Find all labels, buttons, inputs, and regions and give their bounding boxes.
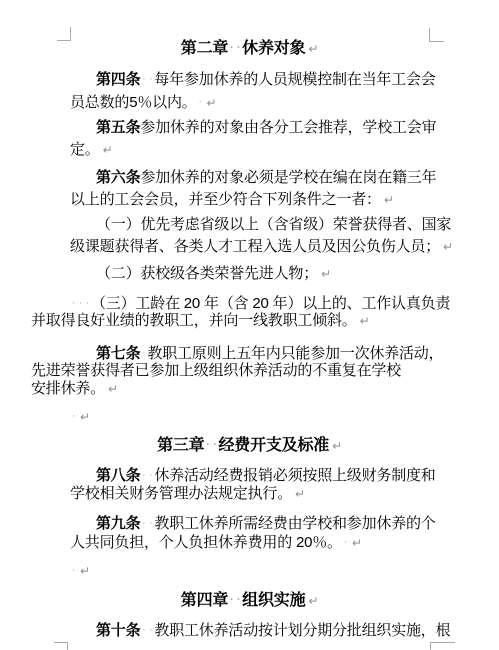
bold-text-run: 经费开支及标准 [218,437,329,454]
paragraph-mark-icon: ↵ [321,267,331,281]
text-line: 人共同负担，个人负担休养费用的 20％。·↵ [70,534,362,551]
text-run: 学校相关财务管理办法规定执行。 [70,485,292,502]
space-mark-icon: · [140,71,147,87]
text-line: （一）优先考虑省级以上（含省级）荣誉获得者、国家 [96,217,451,233]
space-mark-icon: · [70,295,77,311]
bold-text-run: 第四章 [181,592,228,609]
bold-text-run: 第六条 [96,169,140,186]
text-line: 学校相关财务管理办法规定执行。↵ [70,486,305,502]
bold-text-run: 休养对象 [242,40,305,57]
chapter-heading: 第二章··休养对象↵ [0,40,499,57]
margin-corner-mark-bottom-right [430,642,455,650]
text-run: 定。 [70,141,100,158]
text-line: 第四条··每年参加休养的人员规模控制在当年工会会 [96,71,436,88]
bold-text-run: 第八条 [96,467,140,484]
text-run: 并取得良好业绩的教职工，并向一线教职工倾斜。 [31,312,357,329]
space-mark-icon: · [204,437,211,453]
chapter-heading: 第四章··组织实施↵ [0,592,499,609]
paragraph-mark-icon: ↵ [207,96,217,110]
text-line: 先进荣誉获得者已参加上级组织休养活动的不重复在学校 [31,363,401,379]
text-run: 人共同负担，个人负担休养费用的 20％。 [70,534,342,551]
text-run: 级课题获得者、各类人才工程入选人员及因公负伤人员； [70,238,440,255]
text-run: 参加休养的对象由各分工会推荐，学校工会审 [140,119,436,136]
text-line: ·↵ [70,562,90,579]
space-mark-icon: · [140,622,147,638]
text-run: 休养活动经费报销必须按照上级财务制度和 [154,467,435,484]
space-mark-icon: · [70,562,77,578]
bold-text-run: 第二章 [181,40,228,57]
bold-text-run: 第三章 [157,437,204,454]
text-line: 员总数的5％以内。·↵ [70,94,216,111]
paragraph-mark-icon: ↵ [352,536,362,550]
margin-corner-mark-top-left [57,27,71,41]
text-line: 第九条··教职工休养所需经费由学校和参加休养的个 [96,515,436,532]
text-run: 每年参加休养的人员规模控制在当年工会会 [154,71,435,88]
text-line: 第八条··休养活动经费报销必须按照上级财务制度和 [96,467,436,484]
paragraph-mark-icon: ↵ [80,564,90,578]
text-line: 并取得良好业绩的教职工，并向一线教职工倾斜。↵ [31,313,369,329]
text-run: 教职工休养活动按计划分期分批组织实施，根 [154,622,450,639]
space-mark-icon: · [140,515,147,531]
paragraph-mark-icon: ↵ [308,594,318,608]
space-mark-icon: · [140,467,147,483]
text-run: 教职工休养所需经费由学校和参加休养的个 [154,515,435,532]
paragraph-mark-icon: ↵ [295,487,305,501]
text-run: 教职工原则上五年内只能参加一次休养活动， [147,345,443,362]
text-line: 以上的工会会员，并至少符合下列条件之一者：↵ [70,192,394,208]
text-run: 先进荣誉获得者已参加上级组织休养活动的不重复在学校 [31,362,401,379]
text-line: 第十条··教职工休养活动按计划分期分批组织实施，根 [96,622,450,639]
paragraph-mark-icon: ↵ [103,143,113,157]
space-mark-icon: · [228,592,235,608]
text-run: （二）获校级各类荣誉先进人物； [96,265,318,282]
bold-text-run: 第四条 [96,71,140,88]
space-mark-icon: · [84,295,91,311]
space-mark-icon: · [77,295,84,311]
paragraph-mark-icon: ↵ [384,193,394,207]
text-line: 定。↵ [70,142,112,158]
bold-text-run: 组织实施 [242,592,305,609]
space-mark-icon: · [70,408,77,424]
paragraph-mark-icon: ↵ [80,410,90,424]
margin-corner-mark-bottom-left [54,642,68,650]
text-line: 安排休养。↵ [31,381,118,397]
text-line: 第七条·教职工原则上五年内只能参加一次休养活动， [96,345,443,362]
text-run: 以上的工会会员，并至少符合下列条件之一者： [70,191,381,208]
text-run: （一）优先考虑省级以上（含省级）荣誉获得者、国家 [96,216,451,233]
document-page[interactable]: 第二章··休养对象↵第四条··每年参加休养的人员规模控制在当年工会会员总数的5％… [0,0,499,650]
bold-text-run: 第十条 [96,622,140,639]
paragraph-mark-icon: ↵ [360,314,370,328]
text-line: 第六条参加休养的对象必须是学校在编在岗在籍三年 [96,170,436,186]
space-mark-icon: · [342,534,349,550]
space-mark-icon: · [197,94,204,110]
text-line: 级课题获得者、各类人才工程入选人员及因公负伤人员；↵ [70,239,453,255]
text-line: 第五条参加休养的对象由各分工会推荐，学校工会审 [96,120,436,136]
bold-text-run: 第七条 [96,345,140,362]
text-run: 参加休养的对象必须是学校在编在岗在籍三年 [140,169,436,186]
chapter-heading: 第三章··经费开支及标准↵ [0,437,499,454]
bold-text-run: 第五条 [96,119,140,136]
text-line: ·↵ [70,408,90,425]
space-mark-icon: · [228,40,235,56]
text-line: ···（三）工龄在 20 年（含 20 年）以上的、工作认真负责 [70,295,450,312]
text-run: 安排休养。 [31,380,105,397]
paragraph-mark-icon: ↵ [308,42,318,56]
bold-text-run: 第九条 [96,515,140,532]
paragraph-mark-icon: ↵ [108,382,118,396]
paragraph-mark-icon: ↵ [332,439,342,453]
text-line: （二）获校级各类荣誉先进人物；↵ [96,266,331,282]
text-run: （三）工龄在 20 年（含 20 年）以上的、工作认真负责 [91,295,450,312]
paragraph-mark-icon: ↵ [443,240,453,254]
text-run: 员总数的5％以内。 [70,94,197,111]
